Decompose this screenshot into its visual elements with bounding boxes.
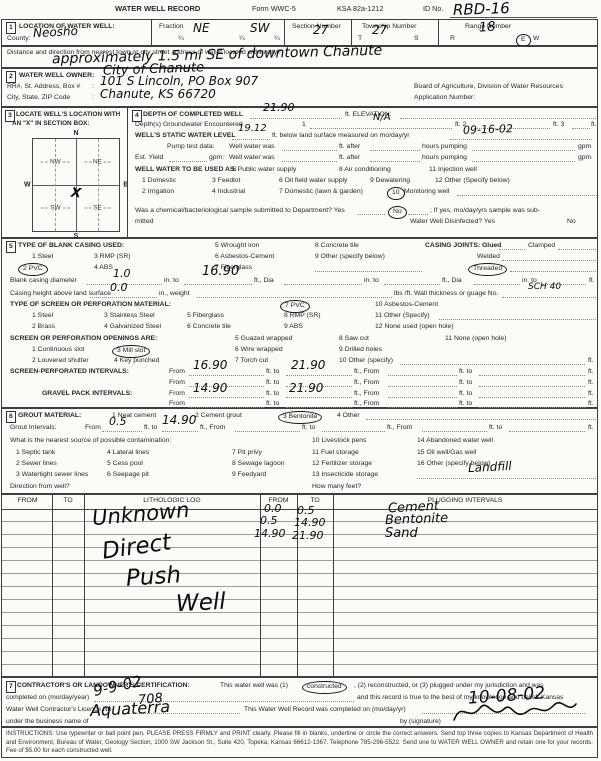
depth-completed-well-label: DEPTH OF COMPLETED WELL — [143, 110, 243, 120]
ft-from-label: ft., From — [200, 423, 225, 433]
pump-test-label: Pump test data: — [167, 142, 215, 152]
quarter-mark: ¼ — [274, 34, 280, 44]
cert-line1-rest: , (2) reconstructed, or (3) plugged unde… — [354, 681, 544, 691]
well-x-mark: X — [70, 187, 81, 201]
chem-mitted-label: mitted — [135, 217, 154, 227]
option-feedyard: 9 Feedyard — [232, 470, 266, 480]
option-wrought-iron: 5 Wrought iron — [215, 241, 259, 251]
contamination-question: What is the nearest source of possible c… — [10, 436, 171, 446]
table-header-to2: TO — [297, 497, 333, 504]
dotted-blank — [162, 424, 198, 432]
unit-gpm: gpm — [578, 153, 591, 163]
dotted-blank — [388, 390, 457, 398]
option-openings-other: 10 Other (specify) — [339, 356, 393, 366]
option-abs: 4 ABS — [94, 263, 113, 273]
dotted-blank — [417, 471, 596, 479]
dotted-blank — [509, 424, 585, 432]
dotted-blank — [388, 368, 457, 376]
option-fertilizer-storage: 12 Fertilizer storage — [312, 459, 372, 469]
cert-record-completed-label: This Water Well Record was completed on … — [244, 705, 406, 715]
option-10-circled: 10 — [387, 187, 405, 200]
dotted-blank — [189, 379, 264, 387]
lithologic-table: FROM TO LITHOLOGIC LOG FROM TO PLUGGING … — [1, 494, 598, 677]
dotted-blank — [384, 277, 440, 285]
unit-ft: ft. — [588, 389, 594, 399]
dotted-blank — [457, 188, 597, 196]
ft-dia-label: ft., Dia — [254, 276, 274, 286]
option-galvanized-steel: 4 Galvanized Steel — [104, 322, 161, 332]
section6-number-box: 6 — [6, 411, 16, 423]
blank-casing-title: TYPE OF BLANK CASING USED: — [18, 241, 124, 251]
city-state-zip-label: City, State, ZIP Code — [7, 93, 70, 103]
dotted-blank — [189, 368, 264, 376]
water-well-record-form: WATER WELL RECORD Form WWC-5 KSA 82a-121… — [0, 0, 601, 761]
dotted-blank — [322, 424, 385, 432]
ft-to-label: ft. to — [266, 367, 279, 377]
dotted-blank — [286, 368, 352, 376]
county-label: County: — [7, 34, 30, 44]
option-injection-well: 11 Injection well — [429, 165, 477, 175]
section6-number: 6 — [6, 411, 16, 423]
well-water-was-label: Well water was — [229, 153, 275, 163]
openings-title: SCREEN OR PERFORATION OPENINGS ARE: — [10, 334, 157, 344]
dotted-blank — [472, 143, 575, 151]
option-screen-asbestos-cement: 10 Asbestos-Cement — [375, 300, 438, 310]
ft-to-label: ft. to — [266, 389, 279, 399]
ft-after-label: ft. after — [339, 153, 360, 163]
dotted-blank — [282, 154, 337, 162]
quarter-mark: ¼ — [178, 34, 184, 44]
option-cement-grout: 2 Cement grout — [195, 411, 242, 421]
option-oil-field-water-supply: 6 Oil field water supply — [279, 176, 347, 186]
dotted-blank — [502, 253, 596, 261]
distance-label: Distance and direction from nearest town… — [7, 48, 281, 58]
option-none-open-hole: 11 None (open hole) — [445, 334, 506, 344]
ft-to-label: ft. to — [459, 378, 472, 388]
static-water-level-label: WELL'S STATIC WATER LEVEL — [135, 131, 236, 141]
option-key-punched: 4 Key punched — [114, 356, 159, 366]
screen-material-title: TYPE OF SCREEN OR PERFORATION MATERIAL: — [10, 300, 171, 310]
option-asbestos-cement: 6 Asbestos-Cement — [215, 252, 274, 262]
dotted-blank — [422, 424, 487, 432]
id-underline — [450, 17, 597, 18]
section7-number: 7 — [6, 681, 16, 693]
option-contam-other: 16 Other (specify below) — [417, 459, 491, 469]
ft-to-label: ft. to — [302, 423, 315, 433]
option-fuel-storage: 11 Fuel storage — [312, 448, 359, 458]
hours-pumping-label: hours pumping — [422, 142, 467, 152]
table-header-from2: FROM — [260, 497, 297, 504]
dotted-blank — [474, 277, 520, 285]
option-dewatering: 9 Dewatering — [370, 176, 410, 186]
unit-gpm-colon: gpm: — [209, 153, 224, 163]
dotted-blank — [479, 400, 585, 408]
dotted-blank — [169, 154, 207, 162]
est-yield-label: Est. Yield — [135, 153, 163, 163]
colon: : — [92, 82, 94, 92]
dotted-blank — [235, 424, 300, 432]
section-location: 1 LOCATION OF WATER WELL: Fraction Secti… — [1, 19, 598, 46]
township-number-label: Township Number — [362, 22, 416, 32]
section-location-depth: 3 LOCATE WELL'S LOCATION WITH AN "X" IN … — [1, 107, 598, 238]
certification-title: CONTRACTOR'S OR LANDOWNER'S CERTIFICATIO… — [17, 681, 190, 691]
from-label: From — [85, 423, 101, 433]
dotted-blank — [358, 207, 385, 215]
dotted-blank — [542, 277, 586, 285]
ft-to-label: ft. to — [459, 389, 472, 399]
groundwater-encountered-label: Depth(s) Groundwater Encountered — [135, 120, 243, 130]
dotted-blank — [87, 277, 162, 285]
dotted-blank — [558, 242, 596, 250]
option-steel: 1 Steel — [32, 252, 53, 262]
option-none-used-open-hole: 12 None used (open hole) — [375, 322, 454, 332]
ft-to-label: ft. to — [459, 367, 472, 377]
form-title: WATER WELL RECORD — [115, 4, 200, 14]
section-distance: Distance and direction from nearest town… — [1, 46, 598, 68]
from-label: From — [169, 389, 185, 399]
section-casing: 5 TYPE OF BLANK CASING USED: 5 Wrought i… — [1, 238, 598, 408]
table-body-rows — [2, 509, 597, 676]
how-many-feet-label: How many feet? — [312, 482, 361, 492]
casing-joints-threaded-circled: Threaded — [468, 263, 507, 276]
dotted-blank — [479, 379, 585, 387]
wall-thickness-label: lbs /ft. Wall thickness or guage No. — [394, 289, 498, 299]
option-pit-privy: 7 Pit privy — [232, 448, 262, 458]
ft-from-label: ft., From — [354, 367, 379, 377]
option-stainless-steel: 3 Stainless Steel — [104, 311, 155, 321]
dotted-blank — [439, 312, 596, 320]
fraction-label: Fraction — [159, 22, 184, 32]
dotted-blank — [388, 400, 457, 408]
disinfected-no: No — [567, 217, 576, 227]
option-domestic: 1 Domestic — [142, 176, 176, 186]
dotted-blank — [122, 706, 240, 714]
disinfected-question: Water Well Disinfected? Yes — [410, 217, 495, 227]
option-louvered-shutter: 2 Louvered shutter — [32, 356, 89, 366]
table-header-lithologic-log: LITHOLOGIC LOG — [84, 497, 260, 504]
section7-number-box: 7 — [6, 681, 16, 693]
colon: : — [92, 93, 94, 103]
dotted-blank — [499, 242, 525, 250]
dotted-blank — [284, 277, 362, 285]
option-cess-pool: 5 Cess pool — [107, 459, 143, 469]
option-irrigation: 2 Irrigation — [142, 187, 174, 197]
dotted-blank — [502, 290, 596, 298]
section-number-label: Section Number — [292, 22, 341, 32]
option-industrial: 4 Industrial — [212, 187, 245, 197]
signature-scribble — [450, 696, 580, 726]
grout-intervals-label: Grout Intervals: — [10, 423, 56, 433]
dotted-blank — [370, 154, 420, 162]
dotted-blank — [189, 390, 264, 398]
ft-from-label: ft., From — [354, 378, 379, 388]
in-to-label: in. to — [364, 276, 379, 286]
option-abandoned-water-well: 14 Abandoned water well — [417, 436, 493, 446]
table-column-divider — [333, 495, 334, 676]
township-t: T — [358, 34, 362, 44]
casing-joints-clamped-label: Clamped — [528, 241, 555, 251]
option-other-specify: 12 Other (Specify below) — [435, 176, 510, 186]
unit-ft: ft. — [588, 367, 594, 377]
dotted-blank — [286, 400, 352, 408]
option-screen-other: 11 Other (Specify) — [375, 311, 430, 321]
application-number-label: Application Number: — [414, 93, 475, 103]
option-screen-fiberglass: 5 Fiberglass — [187, 311, 224, 321]
option-guazed-wrapped: 5 Guazed wrapped — [235, 334, 292, 344]
option-public-water-supply: 5 Public water supply — [232, 165, 296, 175]
unit-ft: ft. — [588, 378, 594, 388]
ft-2-label: ft. 2 — [455, 120, 466, 130]
option-lateral-lines: 4 Lateral lines — [107, 448, 149, 458]
dotted-blank — [94, 694, 354, 702]
dotted-blank — [366, 412, 596, 420]
ksa-number: KSA 82a-1212 — [337, 4, 383, 14]
option-screen-concrete-tile: 6 Concrete tile — [187, 322, 231, 332]
dotted-blank — [400, 111, 596, 119]
table-header-to: TO — [52, 497, 84, 504]
range-number-label: Range Number — [465, 22, 511, 32]
dotted-blank — [189, 400, 264, 408]
option-sewer-lines: 2 Sewer lines — [16, 459, 57, 469]
dotted-blank — [408, 207, 428, 215]
cert-business-name-label: under the business name of — [6, 717, 89, 727]
instructions-box: INSTRUCTIONS: Use typewriter or ball poi… — [1, 727, 598, 758]
ft-3-label: ft. 3 — [553, 120, 564, 130]
use-title: WELL WATER TO BE USED AS: — [135, 165, 237, 175]
table-column-divider — [297, 495, 298, 676]
dotted-blank — [250, 111, 342, 119]
dotted-blank — [472, 154, 575, 162]
option-wire-wrapped: 6 Wire wrapped — [235, 345, 283, 355]
address-label: RR#, St. Address, Box # — [7, 82, 80, 92]
casing-joints-welded-label: Welded — [477, 252, 500, 262]
option-torch-cut: 7 Torch cut — [235, 356, 268, 366]
unit-ft: ft. — [588, 356, 594, 366]
dotted-blank — [400, 357, 585, 365]
table-column-divider — [84, 495, 85, 676]
dotted-blank — [370, 143, 420, 151]
option-screen-steel: 1 Steel — [32, 311, 53, 321]
ft-to-label: ft. to — [266, 378, 279, 388]
quarter-mark: ¼ — [239, 34, 245, 44]
option-seepage-pit: 6 Seepage pit — [107, 470, 149, 480]
option-watertight-sewer-lines: 3 Watertight sewer lines — [16, 470, 88, 480]
groundwater-1: 1 — [302, 120, 306, 130]
dotted-blank — [315, 264, 422, 272]
range-w: W — [533, 34, 539, 44]
dotted-blank — [282, 143, 337, 151]
dotted-blank — [388, 379, 457, 387]
ft-after-label: ft. after — [339, 142, 360, 152]
dotted-blank — [310, 121, 452, 129]
option-sewage-lagoon: 8 Sewage lagoon — [232, 459, 285, 469]
option-domestic-lawn-garden: 7 Domestic (lawn & garden) — [279, 187, 363, 197]
section-grout: 6 GROUT MATERIAL: 1 Neat cement 2 Cement… — [1, 408, 598, 494]
board-of-agriculture-label: Board of Agriculture, Division of Water … — [414, 82, 563, 92]
cert-this-well-was: This water well was (1) — [220, 681, 288, 691]
id-label: ID No. — [423, 4, 443, 14]
ft-dia-label: ft., Dia — [442, 276, 462, 286]
well-water-was-label: Well water was — [229, 142, 275, 152]
table-column-divider — [260, 495, 261, 676]
from-label: From — [169, 378, 185, 388]
option-oil-gas-well: 15 Oil well/Gas well — [417, 448, 476, 458]
option-livestock-pens: 10 Livestock pens — [312, 436, 366, 446]
dotted-blank — [479, 368, 585, 376]
option-screen-rmp: 8 RMP (SR) — [284, 311, 321, 321]
option-neat-cement: 1 Neat cement — [112, 411, 156, 421]
option-pvc-circled: 2 PVC — [18, 263, 48, 276]
dotted-blank — [184, 277, 252, 285]
ft-to-label: ft. to — [489, 423, 502, 433]
owner-title: WATER WELL OWNER: — [19, 71, 94, 81]
chem-sample-question: Was a chemical/bacteriological sample su… — [135, 206, 345, 216]
dotted-blank — [197, 290, 392, 298]
form-header: WATER WELL RECORD Form WWC-5 KSA 82a-121… — [0, 4, 601, 17]
hours-pumping-label: hours pumping — [422, 153, 467, 163]
dotted-blank — [102, 424, 142, 432]
dotted-blank — [572, 121, 590, 129]
dotted-blank — [286, 379, 352, 387]
option-insecticide-storage: 13 Insecticide storage — [312, 470, 378, 480]
option-brass: 2 Brass — [32, 322, 55, 332]
cert-by-signature-label: by (signature) — [400, 717, 441, 727]
option-rmp-sr: 3 RMP (SR) — [94, 252, 131, 262]
location-title: LOCATION OF WATER WELL: — [19, 22, 115, 32]
table-column-divider — [52, 495, 53, 676]
ft-from-label: ft., From — [387, 423, 412, 433]
option-screen-abs: 9 ABS — [284, 322, 303, 332]
casing-joints-glued-label: CASING JOINTS: Glued — [425, 241, 501, 251]
dotted-blank — [450, 132, 592, 140]
cert-completed-on-label: completed on (mo/day/year) — [6, 693, 89, 703]
option-other-specify-below: 9 Other (specify below) — [315, 252, 385, 262]
section1-number-box: 1 — [6, 22, 16, 34]
cert-licence-label: Water Well Contractor's Licence No — [6, 705, 111, 715]
in-to-label: in. to — [164, 276, 179, 286]
dotted-blank — [286, 390, 352, 398]
dotted-blank — [479, 390, 585, 398]
screen-perforated-intervals-label: SCREEN-PERFORATED INTERVALS: — [10, 367, 129, 377]
instructions-text: INSTRUCTIONS: Use typewriter or ball poi… — [6, 730, 593, 756]
option-drilled-holes: 9 Drilled holes — [339, 345, 382, 355]
option-saw-cut: 8 Saw cut — [339, 334, 369, 344]
dotted-blank — [510, 264, 596, 272]
chem-if-yes-label: ; If yes, mo/day/yrs sample was sub- — [430, 206, 540, 216]
ft-from-label: ft., From — [354, 389, 379, 399]
ft-to-label: ft. to — [144, 423, 157, 433]
township-s: S — [414, 34, 419, 44]
dotted-blank — [474, 121, 550, 129]
unit-ft: ft. — [591, 120, 597, 130]
in-to-label: in. to — [522, 276, 537, 286]
option-grout-other: 4 Other — [337, 411, 360, 421]
option-monitoring-well: Monitoring well — [404, 187, 449, 197]
section1-number: 1 — [6, 22, 16, 34]
option-continuous-slot: 1 Continuous slot — [32, 345, 85, 355]
section-owner: 2 WATER WELL OWNER: RR#, St. Address, Bo… — [1, 68, 598, 107]
table-header-plugging-intervals: PLUGGING INTERVALS — [333, 497, 597, 504]
gravel-pack-intervals-label: GRAVEL PACK INTERVALS: — [42, 389, 132, 399]
option-air-conditioning: 8 Air conditioning — [339, 165, 391, 175]
option-feedlot: 3 Feedlot — [212, 176, 240, 186]
unit-ft: ft. — [589, 276, 595, 286]
option-concrete-tile: 8 Concrete tile — [315, 241, 359, 251]
unit-gpm: gpm — [578, 142, 591, 152]
option-fiberglass: 7 Fiberglass — [215, 263, 252, 273]
option-septic-tank: 1 Septic tank — [16, 448, 55, 458]
static-water-level-mid-label: ft. below land surface measured on mo/da… — [272, 131, 410, 141]
form-number: Form WWC-5 — [252, 4, 296, 14]
ft-elevation-label: ft. ELEVATION: — [345, 110, 392, 120]
section-certification: 7 CONTRACTOR'S OR LANDOWNER'S CERTIFICAT… — [1, 677, 598, 727]
dotted-blank — [232, 132, 270, 140]
grout-material-title: GROUT MATERIAL: — [18, 411, 81, 421]
from-label: From — [169, 367, 185, 377]
table-header-from: FROM — [3, 497, 52, 504]
dotted-blank — [90, 290, 157, 298]
in-weight-label: in., weight — [159, 289, 190, 299]
unit-ft: ft. — [588, 423, 594, 433]
blank-casing-diameter-label: Blank casing diameter — [10, 276, 77, 286]
direction-from-well-label: Direction from well? — [10, 482, 70, 492]
range-r: R — [450, 34, 455, 44]
